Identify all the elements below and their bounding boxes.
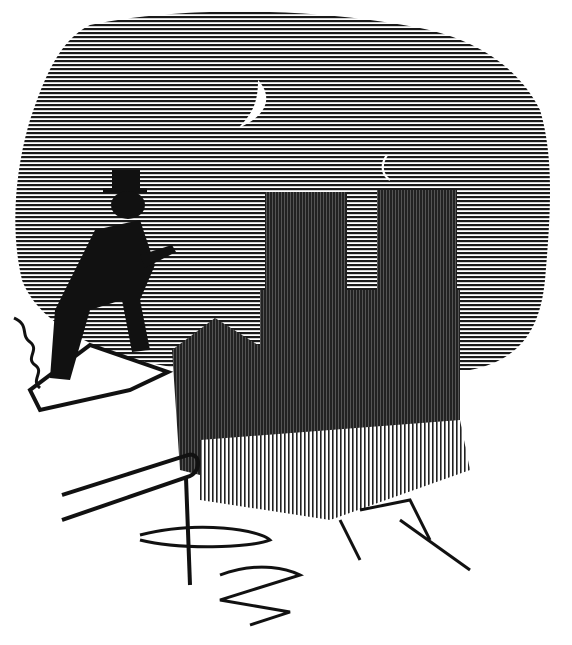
pipe-railing	[62, 455, 198, 585]
ledge-wave	[14, 318, 40, 388]
chimney-base	[260, 290, 460, 350]
engraving-illustration	[0, 0, 572, 645]
